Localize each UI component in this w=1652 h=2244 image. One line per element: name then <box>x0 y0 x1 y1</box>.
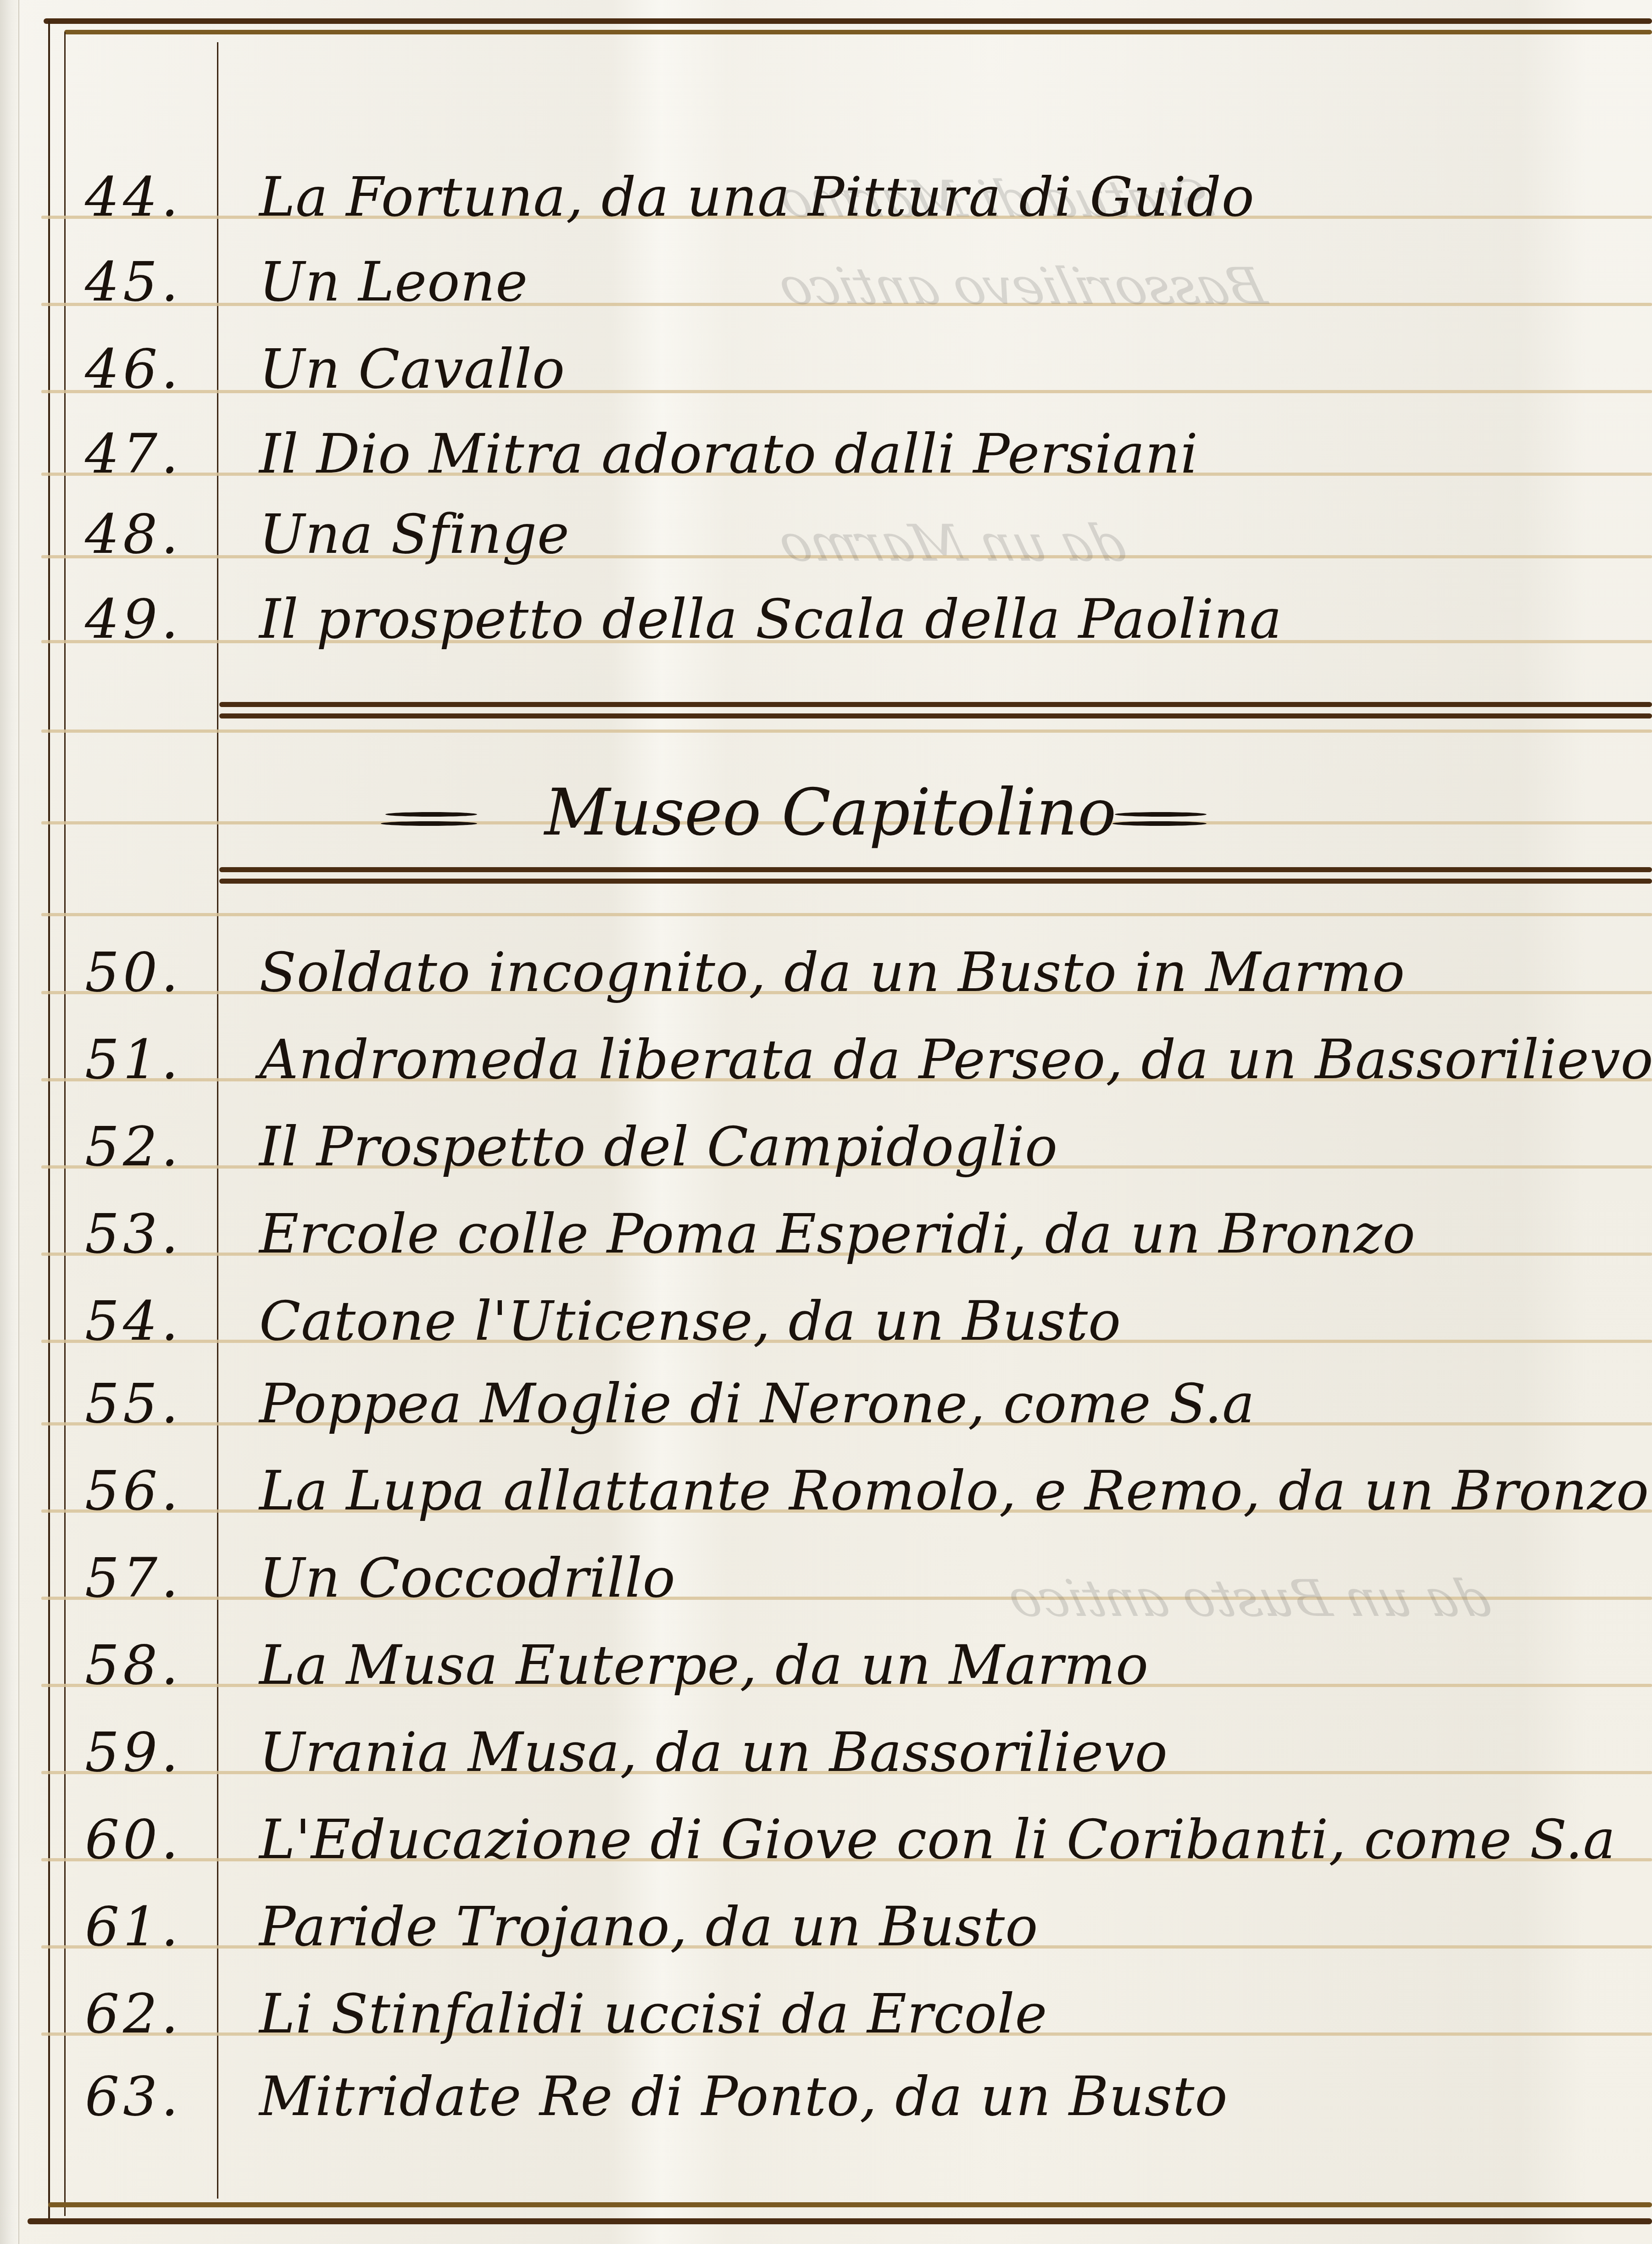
entry-number: 60. <box>85 1812 213 1866</box>
entry-number: 47. <box>85 427 213 481</box>
entry-text: Una Sfinge <box>259 507 570 561</box>
catalogue-entry-48: 48. Una Sfinge <box>0 507 1652 599</box>
entry-number: 58. <box>85 1638 213 1692</box>
ruled-line <box>41 913 1652 916</box>
catalogue-entry-47: 47. Il Dio Mitra adorato dalli Persiani <box>0 427 1652 518</box>
section-title: Museo Capitolino <box>463 775 1197 850</box>
entry-text: Andromeda liberata da Perseo, da un Bass… <box>259 1032 1652 1086</box>
section-divider-upper-2 <box>219 713 1652 718</box>
entry-text: Soldato incognito, da un Busto in Marmo <box>259 945 1405 999</box>
entry-text: Un Cavallo <box>259 342 565 396</box>
entry-number: 62. <box>85 1987 213 2041</box>
entry-text: Paride Trojano, da un Busto <box>259 1899 1038 1954</box>
catalogue-entry-53: 53. Ercole colle Poma Esperidi, da un Br… <box>0 1207 1652 1298</box>
entry-text: La Musa Euterpe, da un Marmo <box>259 1638 1149 1692</box>
catalogue-entry-56: 56. La Lupa allattante Romolo, e Remo, d… <box>0 1464 1652 1555</box>
catalogue-entry-49: 49. Il prospetto della Scala della Paoli… <box>0 592 1652 684</box>
entry-number: 59. <box>85 1725 213 1779</box>
entry-text: La Lupa allattante Romolo, e Remo, da un… <box>259 1464 1649 1518</box>
entry-number: 50. <box>85 945 213 999</box>
entry-text: La Fortuna, da una Pittura di Guido <box>259 170 1255 224</box>
entry-number: 51. <box>85 1032 213 1086</box>
entry-text: Un Leone <box>259 255 528 309</box>
catalogue-entry-61: 61. Paride Trojano, da un Busto <box>0 1899 1652 1991</box>
entry-number: 49. <box>85 592 213 646</box>
entry-number: 55. <box>85 1376 213 1431</box>
top-border-inner <box>64 30 1652 34</box>
section-divider-upper-1 <box>219 702 1652 707</box>
bottom-border-inner <box>48 2202 1652 2207</box>
entry-text: Poppea Moglie di Nerone, come S.a <box>259 1376 1255 1431</box>
catalogue-entry-59: 59. Urania Musa, da un Bassorilievo <box>0 1725 1652 1817</box>
catalogue-entry-63: 63. Mitridate Re di Ponto, da un Busto <box>0 2069 1652 2161</box>
entry-number: 61. <box>85 1899 213 1954</box>
catalogue-entry-57: 57. Un Coccodrillo <box>0 1551 1652 1643</box>
entry-text: Il prospetto della Scala della Paolina <box>259 592 1282 646</box>
section-divider-lower-2 <box>219 879 1652 884</box>
entry-text: L'Educazione di Giove con li Coribanti, … <box>259 1812 1616 1866</box>
entry-number: 45. <box>85 255 213 309</box>
catalogue-entry-52: 52. Il Prospetto del Campidoglio <box>0 1119 1652 1211</box>
entry-number: 54. <box>85 1294 213 1348</box>
catalogue-entry-50: 50. Soldato incognito, da un Busto in Ma… <box>0 945 1652 1037</box>
entry-text: Mitridate Re di Ponto, da un Busto <box>259 2069 1228 2123</box>
entry-text: Catone l'Uticense, da un Busto <box>259 1294 1121 1348</box>
entry-number: 52. <box>85 1119 213 1174</box>
entry-number: 63. <box>85 2069 213 2123</box>
entry-text: Ercole colle Poma Esperidi, da un Bronzo <box>259 1207 1416 1261</box>
catalogue-entry-46: 46. Un Cavallo <box>0 342 1652 434</box>
entry-text: Un Coccodrillo <box>259 1551 676 1605</box>
entry-number: 44. <box>85 170 213 224</box>
title-flourish-left <box>381 821 477 826</box>
entry-number: 56. <box>85 1464 213 1518</box>
entry-number: 57. <box>85 1551 213 1605</box>
catalogue-entry-55: 55. Poppea Moglie di Nerone, come S.a <box>0 1376 1652 1468</box>
entry-text: Urania Musa, da un Bassorilievo <box>259 1725 1168 1779</box>
ruled-line <box>41 729 1652 733</box>
catalogue-entry-44: 44. La Fortuna, da una Pittura di Guido <box>0 170 1652 262</box>
catalogue-entry-60: 60. L'Educazione di Giove con li Coriban… <box>0 1812 1652 1904</box>
catalogue-entry-51: 51. Andromeda liberata da Perseo, da un … <box>0 1032 1652 1124</box>
catalogue-entry-45: 45. Un Leone <box>0 255 1652 346</box>
section-divider-lower-1 <box>219 867 1652 872</box>
entry-number: 46. <box>85 342 213 396</box>
entry-text: Li Stinfalidi uccisi da Ercole <box>259 1987 1047 2041</box>
entry-number: 48. <box>85 507 213 561</box>
top-border-outer <box>44 18 1652 24</box>
catalogue-entry-58: 58. La Musa Euterpe, da un Marmo <box>0 1638 1652 1730</box>
entry-text: Il Dio Mitra adorato dalli Persiani <box>259 427 1198 481</box>
title-flourish-right <box>1115 812 1207 817</box>
entry-number: 53. <box>85 1207 213 1261</box>
bottom-border-outer <box>28 2218 1652 2224</box>
entry-text: Il Prospetto del Campidoglio <box>259 1119 1058 1174</box>
title-flourish-right <box>1112 821 1207 826</box>
